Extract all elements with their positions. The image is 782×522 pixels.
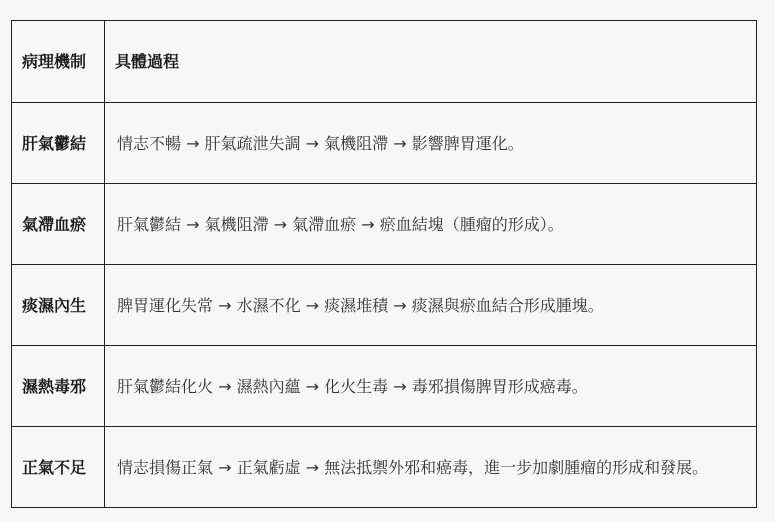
table-header-row: 病理機制 具體過程	[12, 21, 757, 103]
process-cell: 肝氣鬱結化火 → 濕熱內蘊 → 化火生毒 → 毒邪損傷脾胃形成癌毒。	[105, 346, 757, 427]
page-edge	[775, 0, 782, 522]
mechanism-cell: 濕熱毒邪	[12, 346, 105, 427]
table-row: 肝氣鬱結 情志不暢 → 肝氣疏泄失調 → 氣機阻滯 → 影響脾胃運化。	[12, 103, 757, 184]
header-mechanism: 病理機制	[12, 21, 105, 103]
table-row: 濕熱毒邪 肝氣鬱結化火 → 濕熱內蘊 → 化火生毒 → 毒邪損傷脾胃形成癌毒。	[12, 346, 757, 427]
table-row: 氣滯血瘀 肝氣鬱結 → 氣機阻滯 → 氣滯血瘀 → 瘀血結塊（腫瘤的形成）。	[12, 184, 757, 265]
process-cell: 脾胃運化失常 → 水濕不化 → 痰濕堆積 → 痰濕與瘀血結合形成腫塊。	[105, 265, 757, 346]
process-cell: 情志損傷正氣 → 正氣虧虛 → 無法抵禦外邪和癌毒，進一步加劇腫瘤的形成和發展。	[105, 427, 757, 508]
mechanism-cell: 痰濕內生	[12, 265, 105, 346]
mechanism-cell: 肝氣鬱結	[12, 103, 105, 184]
process-cell: 肝氣鬱結 → 氣機阻滯 → 氣滯血瘀 → 瘀血結塊（腫瘤的形成）。	[105, 184, 757, 265]
table-row: 痰濕內生 脾胃運化失常 → 水濕不化 → 痰濕堆積 → 痰濕與瘀血結合形成腫塊。	[12, 265, 757, 346]
process-cell: 情志不暢 → 肝氣疏泄失調 → 氣機阻滯 → 影響脾胃運化。	[105, 103, 757, 184]
header-process: 具體過程	[105, 21, 757, 103]
table-row: 正氣不足 情志損傷正氣 → 正氣虧虛 → 無法抵禦外邪和癌毒，進一步加劇腫瘤的形…	[12, 427, 757, 508]
pathology-table: 病理機制 具體過程 肝氣鬱結 情志不暢 → 肝氣疏泄失調 → 氣機阻滯 → 影響…	[11, 20, 757, 508]
mechanism-cell: 氣滯血瘀	[12, 184, 105, 265]
mechanism-cell: 正氣不足	[12, 427, 105, 508]
